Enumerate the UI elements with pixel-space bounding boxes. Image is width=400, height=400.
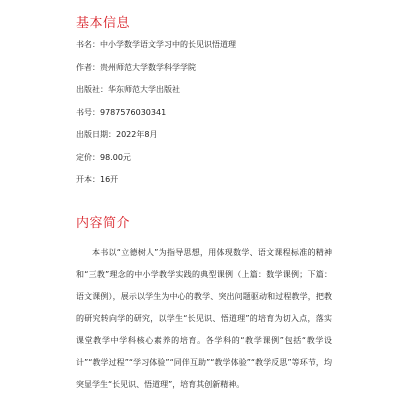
info-row-format: 开本：16开 bbox=[76, 175, 118, 185]
info-label: 开本： bbox=[76, 175, 100, 184]
info-row-price: 定价：98.00元 bbox=[76, 153, 131, 163]
info-row-publisher: 出版社：华东师范大学出版社 bbox=[76, 85, 180, 95]
info-value-author: 贵州师范大学数学科学学院 bbox=[100, 63, 196, 72]
info-value-format: 16开 bbox=[100, 175, 118, 184]
info-value-title: 中小学数学语文学习中的长见识悟道理 bbox=[100, 40, 236, 49]
info-row-pub-date: 出版日期：2022年8月 bbox=[76, 130, 157, 140]
summary-paragraph: 本书以“立德树人”为指导思想，用体现数学、语文课程标准的精神和“三教”理念的中小… bbox=[76, 242, 332, 396]
info-value-pub-date: 2022年8月 bbox=[116, 130, 157, 139]
info-value-price: 98.00元 bbox=[100, 153, 131, 162]
info-value-isbn: 9787576030341 bbox=[100, 108, 166, 117]
info-row-author: 作者：贵州师范大学数学科学学院 bbox=[76, 63, 196, 73]
basic-info-heading: 基本信息 bbox=[76, 12, 130, 31]
info-label: 出版社： bbox=[76, 85, 108, 94]
info-row-isbn: 书号：9787576030341 bbox=[76, 108, 166, 118]
info-label: 书号： bbox=[76, 108, 100, 117]
info-label: 书名： bbox=[76, 40, 100, 49]
info-value-publisher: 华东师范大学出版社 bbox=[108, 85, 180, 94]
summary-heading: 内容简介 bbox=[76, 212, 130, 231]
info-label: 作者： bbox=[76, 63, 100, 72]
info-label: 定价： bbox=[76, 153, 100, 162]
info-label: 出版日期： bbox=[76, 130, 116, 139]
info-row-title: 书名：中小学数学语文学习中的长见识悟道理 bbox=[76, 40, 236, 50]
